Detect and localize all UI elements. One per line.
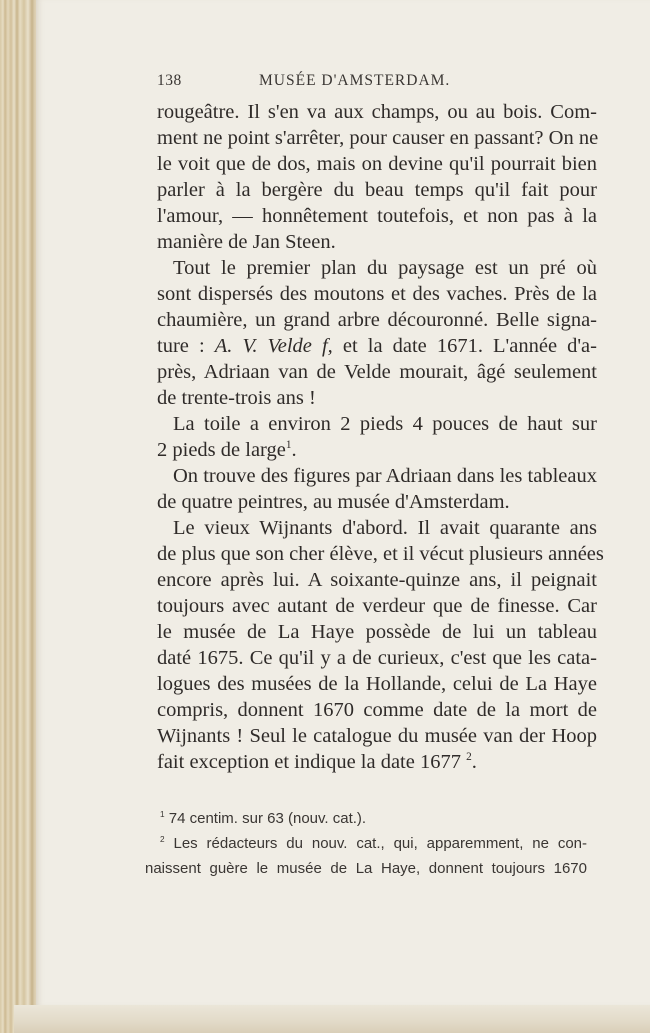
page-bottom-edge [14, 1005, 650, 1033]
paragraph-1: rougeâtre. Il s'en va aux champs, ou au … [157, 99, 597, 255]
text-line: daté 1675. Ce qu'il y a de curieux, c'es… [157, 645, 597, 671]
paragraph-5: Le vieux Wijnants d'abord. Il avait quar… [157, 515, 597, 775]
text-fragment: et la date 1671. L'année d'a- [333, 335, 597, 357]
text-line: chaumière, un grand arbre découronné. Be… [157, 307, 597, 333]
text-line: rougeâtre. Il s'en va aux champs, ou au … [157, 99, 597, 125]
text-line: Wijnants ! Seul le catalogue du musée va… [157, 723, 597, 749]
text-fragment: ture : [157, 335, 215, 357]
text-line: Le vieux Wijnants d'abord. Il avait quar… [157, 515, 597, 541]
text-line: encore après lui. A soixante-quinze ans,… [157, 567, 597, 593]
paragraph-3: La toile a environ 2 pieds 4 pouces de h… [157, 411, 597, 463]
page-stack-edges [0, 0, 36, 1033]
body-text: rougeâtre. Il s'en va aux champs, ou au … [157, 99, 597, 775]
footnotes: 1 74 centim. sur 63 (nouv. cat.). 2 Les … [145, 806, 587, 881]
text-line: ment ne point s'arrêter, pour causer en … [157, 125, 597, 151]
text-line: parler à la bergère du beau temps qu'il … [157, 177, 597, 203]
text-line: le musée de La Haye possède de lui un ta… [157, 619, 597, 645]
paragraph-4: On trouve des figures par Adriaan dans l… [157, 463, 597, 515]
text-fragment: . [292, 439, 297, 461]
text-line: de plus que son cher élève, et il vécut … [157, 541, 597, 567]
footnote-text: 74 centim. sur 63 (nouv. cat.). [165, 810, 366, 827]
text-line: ture : A. V. Velde f, et la date 1671. L… [157, 333, 597, 359]
text-line: toujours avec autant de verdeur que de f… [157, 593, 597, 619]
signature-italic: A. V. Velde f, [215, 335, 333, 357]
text-fragment: 2 pieds de large [157, 439, 286, 461]
text-line: La toile a environ 2 pieds 4 pouces de h… [157, 411, 597, 437]
text-line: 2 pieds de large1. [157, 437, 597, 463]
page-number: 138 [157, 72, 182, 90]
text-line: de quatre peintres, au musée d'Amsterdam… [157, 489, 597, 515]
text-line: sont dispersés des moutons et des vaches… [157, 281, 597, 307]
text-line: l'amour, — honnêtement toutefois, et non… [157, 203, 597, 229]
text-line: de trente-trois ans ! [157, 385, 597, 411]
text-line: manière de Jan Steen. [157, 229, 597, 255]
text-line: compris, donnent 1670 comme date de la m… [157, 697, 597, 723]
running-title: MUSÉE D'AMSTERDAM. [259, 72, 450, 90]
text-line: près, Adriaan van de Velde mourait, âgé … [157, 359, 597, 385]
footnote-1: 1 74 centim. sur 63 (nouv. cat.). [145, 806, 587, 831]
text-line: fait exception et indique la date 1677 2… [157, 749, 597, 775]
text-line: Tout le premier plan du paysage est un p… [157, 255, 597, 281]
text-fragment: . [472, 751, 477, 773]
text-line: On trouve des figures par Adriaan dans l… [157, 463, 597, 489]
text-line: le voit que de dos, mais on devine qu'il… [157, 151, 597, 177]
footnote-text: Les rédacteurs du nouv. cat., qui, appar… [165, 835, 587, 852]
footnote-2-continued: naissent guère le musée de La Haye, donn… [145, 856, 587, 881]
text-fragment: fait exception et indique la date 1677 [157, 751, 466, 773]
footnote-2: 2 Les rédacteurs du nouv. cat., qui, app… [145, 831, 587, 856]
paragraph-2: Tout le premier plan du paysage est un p… [157, 255, 597, 411]
text-line: logues des musées de la Hollande, celui … [157, 671, 597, 697]
